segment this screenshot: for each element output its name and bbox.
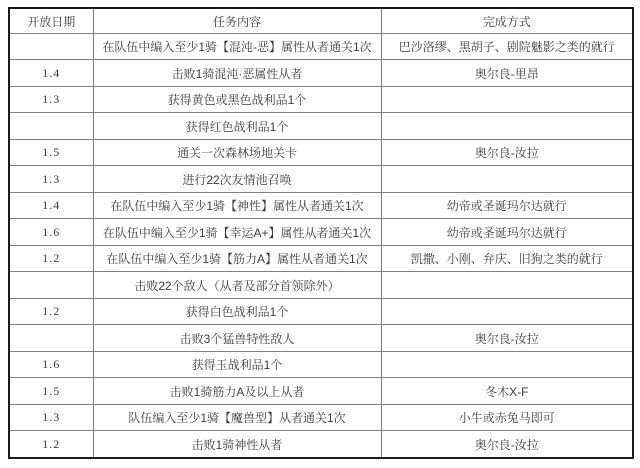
- method-cell: 凯撒、小刚、弁庆、旧狗之类的就行: [381, 245, 633, 271]
- method-cell: [381, 113, 633, 139]
- task-cell: 在队伍中编入至少1骑【幸运A+】属性从者通关1次: [93, 219, 381, 245]
- table-row: 获得红色战利品1个: [9, 113, 633, 139]
- task-cell: 击败1骑混沌·恶属性从者: [93, 60, 381, 86]
- task-cell: 队伍编入至少1骑【魔兽型】从者通关1次: [93, 404, 381, 430]
- task-cell: 获得黄色或黑色战利品1个: [93, 86, 381, 112]
- task-cell: 击败1骑神性从者: [93, 431, 381, 458]
- table-row: 1.3队伍编入至少1骑【魔兽型】从者通关1次小牛或赤兔马即可: [9, 404, 633, 430]
- method-cell: 奥尔良-汝拉: [381, 431, 633, 458]
- method-cell: 巴沙洛缪、黑胡子、剧院魅影之类的就行: [381, 34, 633, 60]
- method-cell: [381, 166, 633, 192]
- table-row: 1.4击败1骑混沌·恶属性从者奥尔良-里昂: [9, 60, 633, 86]
- method-cell: 冬木X-F: [381, 378, 633, 404]
- task-cell: 击败3个猛兽特性敌人: [93, 325, 381, 351]
- table-row: 1.2获得白色战利品1个: [9, 298, 633, 324]
- date-cell: [9, 272, 93, 298]
- method-cell: [381, 351, 633, 377]
- table-row: 1.2在队伍中编入至少1骑【筋力A】属性从者通关1次凯撒、小刚、弁庆、旧狗之类的…: [9, 245, 633, 271]
- method-cell: 奥尔良-汝拉: [381, 139, 633, 165]
- task-cell: 在队伍中编入至少1骑【混沌-恶】属性从者通关1次: [93, 34, 381, 60]
- method-cell: [381, 86, 633, 112]
- task-cell: 获得玉战利品1个: [93, 351, 381, 377]
- task-cell: 进行22次友情池召唤: [93, 166, 381, 192]
- table-row: 1.6获得玉战利品1个: [9, 351, 633, 377]
- task-cell: 在队伍中编入至少1骑【筋力A】属性从者通关1次: [93, 245, 381, 271]
- date-cell: [9, 113, 93, 139]
- table-row: 1.2击败1骑神性从者奥尔良-汝拉: [9, 431, 633, 458]
- method-cell: 小牛或赤兔马即可: [381, 404, 633, 430]
- task-cell: 击败1骑筋力A及以上从者: [93, 378, 381, 404]
- task-cell: 击败22个敌人（从者及部分首领除外）: [93, 272, 381, 298]
- table-row: 击败22个敌人（从者及部分首领除外）: [9, 272, 633, 298]
- table-body: 在队伍中编入至少1骑【混沌-恶】属性从者通关1次巴沙洛缪、黑胡子、剧院魅影之类的…: [9, 34, 633, 459]
- date-cell: 1.4: [9, 192, 93, 218]
- table-row: 1.5通关一次森林场地关卡奥尔良-汝拉: [9, 139, 633, 165]
- task-cell: 在队伍中编入至少1骑【神性】属性从者通关1次: [93, 192, 381, 218]
- date-cell: 1.2: [9, 298, 93, 324]
- table-row: 1.4在队伍中编入至少1骑【神性】属性从者通关1次幼帝或圣诞玛尔达就行: [9, 192, 633, 218]
- header-task-content: 任务内容: [93, 8, 381, 34]
- task-cell: 通关一次森林场地关卡: [93, 139, 381, 165]
- date-cell: [9, 34, 93, 60]
- table-row: 1.3进行22次友情池召唤: [9, 166, 633, 192]
- date-cell: 1.5: [9, 139, 93, 165]
- date-cell: 1.5: [9, 378, 93, 404]
- method-cell: 幼帝或圣诞玛尔达就行: [381, 192, 633, 218]
- date-cell: 1.6: [9, 219, 93, 245]
- table-row: 在队伍中编入至少1骑【混沌-恶】属性从者通关1次巴沙洛缪、黑胡子、剧院魅影之类的…: [9, 34, 633, 60]
- date-cell: 1.3: [9, 404, 93, 430]
- table-row: 击败3个猛兽特性敌人奥尔良-汝拉: [9, 325, 633, 351]
- date-cell: 1.4: [9, 60, 93, 86]
- date-cell: 1.3: [9, 86, 93, 112]
- method-cell: 奥尔良-里昂: [381, 60, 633, 86]
- table-row: 1.6在队伍中编入至少1骑【幸运A+】属性从者通关1次幼帝或圣诞玛尔达就行: [9, 219, 633, 245]
- page: 开放日期 任务内容 完成方式 在队伍中编入至少1骑【混沌-恶】属性从者通关1次巴…: [0, 0, 640, 468]
- date-cell: 1.2: [9, 245, 93, 271]
- header-open-date: 开放日期: [9, 8, 93, 34]
- task-table: 开放日期 任务内容 完成方式 在队伍中编入至少1骑【混沌-恶】属性从者通关1次巴…: [8, 7, 634, 459]
- table-row: 1.3获得黄色或黑色战利品1个: [9, 86, 633, 112]
- table-header: 开放日期 任务内容 完成方式: [9, 8, 633, 34]
- date-cell: 1.3: [9, 166, 93, 192]
- date-cell: 1.6: [9, 351, 93, 377]
- method-cell: 幼帝或圣诞玛尔达就行: [381, 219, 633, 245]
- method-cell: [381, 272, 633, 298]
- date-cell: [9, 325, 93, 351]
- header-row: 开放日期 任务内容 完成方式: [9, 8, 633, 34]
- method-cell: 奥尔良-汝拉: [381, 325, 633, 351]
- method-cell: [381, 298, 633, 324]
- date-cell: 1.2: [9, 431, 93, 458]
- task-cell: 获得白色战利品1个: [93, 298, 381, 324]
- header-completion-method: 完成方式: [381, 8, 633, 34]
- task-cell: 获得红色战利品1个: [93, 113, 381, 139]
- table-row: 1.5击败1骑筋力A及以上从者冬木X-F: [9, 378, 633, 404]
